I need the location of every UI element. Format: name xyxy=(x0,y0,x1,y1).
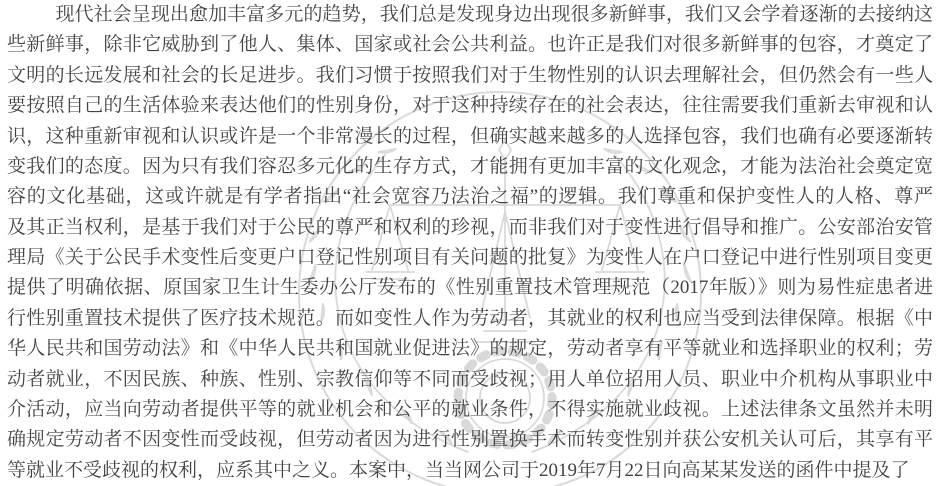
text-line: 识，这种重新审视和认识或许是一个非常漫长的过程，但确实越来越多的人选择包容，我们… xyxy=(7,122,933,152)
text-line: 及其正当权利，是基于我们对于公民的尊严和权利的珍视，而非我们对于变性进行倡导和推… xyxy=(7,213,933,243)
text-line: 华人民共和国劳动法》和《中华人民共和国就业促进法》的规定，劳动者享有平等就业和选… xyxy=(7,334,933,364)
text-line: 提供了明确依据、原国家卫生计生委办公厅发布的《性别重置技术管理规范（2017年版… xyxy=(7,273,933,303)
text-line: 文明的长远发展和社会的长足进步。我们习惯于按照我们对于生物性别的认识去理解社会，… xyxy=(7,61,933,91)
text-line: 确规定劳动者不因变性而受歧视，但劳动者因为进行性别置换手术而转变性别并获公安机关… xyxy=(7,425,933,455)
text-line: 些新鲜事，除非它威胁到了他人、集体、国家或社会公共利益。也许正是我们对很多新鲜事… xyxy=(7,30,933,60)
text-line: 等就业不受歧视的权利，应系其中之义。本案中，当当网公司于2019年7月22日向高… xyxy=(7,456,933,486)
text-line: 动者就业，不因民族、种族、性别、宗教信仰等不同而受歧视；用人单位招用人员、职业中… xyxy=(7,365,933,395)
text-line: 要按照自己的生活体验来表达他们的性别身份，对于这种持续存在的社会表达，往往需要我… xyxy=(7,91,933,121)
document-page: 现代社会呈现出愈加丰富多元的趋势，我们总是发现身边出现很多新鲜事，我们又会学着逐… xyxy=(0,0,940,486)
text-line: 现代社会呈现出愈加丰富多元的趋势，我们总是发现身边出现很多新鲜事，我们又会学着逐… xyxy=(7,0,933,30)
judgment-text-block: 现代社会呈现出愈加丰富多元的趋势，我们总是发现身边出现很多新鲜事，我们又会学着逐… xyxy=(7,0,933,486)
text-line: 行性别重置技术提供了医疗技术规范。而如变性人作为劳动者，其就业的权利也应当受到法… xyxy=(7,304,933,334)
text-line: 介活动，应当向劳动者提供平等的就业机会和公平的就业条件，不得实施就业歧视。上述法… xyxy=(7,395,933,425)
text-line: 理局《关于公民手术变性后变更户口登记性别项目有关问题的批复》为变性人在户口登记中… xyxy=(7,243,933,273)
text-line: 容的文化基础，这或许就是有学者指出“社会宽容乃法治之福”的逻辑。我们尊重和保护变… xyxy=(7,182,933,212)
text-line: 变我们的态度。因为只有我们容忍多元化的生存方式，才能拥有更加丰富的文化观念，才能… xyxy=(7,152,933,182)
